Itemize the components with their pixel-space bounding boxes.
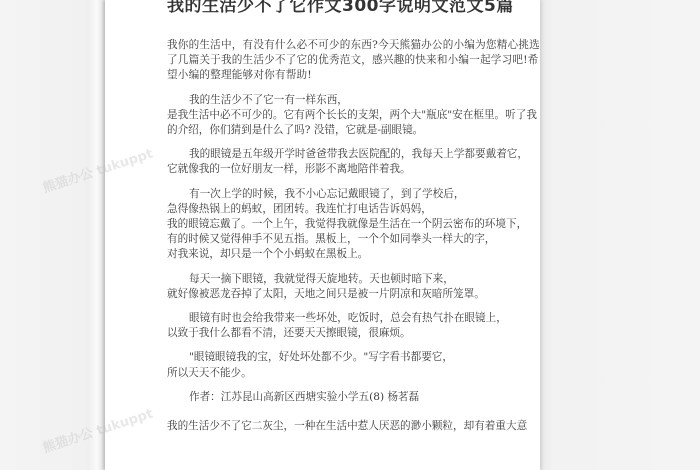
document-title: 我的生活少不了它作文300字说明文范文5篇: [167, 0, 514, 16]
paragraph-line: 急得像热锅上的蚂蚁，团团转。我连忙打电话告诉妈妈，: [167, 202, 540, 217]
essay-paragraph: "眼镜眼镜我的宝，好处坏处都不少。"写字看书都要它， 所以天天不能少。: [167, 350, 540, 380]
paragraph-line: 我的生活少不了它一有一样东西，: [167, 93, 540, 108]
paragraph-line: 它就像我的一位好朋友一样，形影不离地陪伴着我。: [167, 162, 540, 177]
background-right: [540, 0, 700, 470]
intro-line: 望小编的整理能够对你有帮助!: [167, 68, 540, 83]
paragraph-line: 有的时候又觉得伸手不见五指。黑板上，一个个如同拳头一样大的字，: [167, 232, 540, 247]
intro-paragraph: 我你的生活中，有没有什么必不可少的东西?今天熊猫办公的小编为您精心挑选 了几篇关…: [167, 38, 540, 84]
paragraph-line: 就好像被恶龙吞掉了太阳，天地之间只是被一片阴凉和灰暗所笼罩。: [167, 287, 540, 302]
paragraph-line: 是我生活中必不可少的。它有两个长长的支架，两个大"瓶底"安在框里。听了我: [167, 108, 540, 123]
essay-paragraph: 有一次上学的时候，我不小心忘记戴眼镜了，到了学校后， 急得像热锅上的蚂蚁，团团转…: [167, 187, 540, 263]
intro-line: 我你的生活中，有没有什么必不可少的东西?今天熊猫办公的小编为您精心挑选: [167, 38, 540, 53]
essay-paragraph: 我的生活少不了它一有一样东西， 是我生活中必不可少的。它有两个长长的支架，两个大…: [167, 93, 540, 139]
intro-line: 了几篇关于我的生活少不了它的优秀范文，感兴趣的快来和小编一起学习吧!希: [167, 53, 540, 68]
paragraph-line: 我的眼镜忘戴了。一个上午，我觉得我就像是生活在一个阴云密布的环境下，: [167, 217, 540, 232]
essay-paragraph: 眼镜有时也会给我带来一些坏处，吃饭时，总会有热气扑在眼镜上， 以致于我什么都看不…: [167, 311, 540, 341]
paragraph-line: 我的眼镜是五年级开学时爸爸带我去医院配的，我每天上学都要戴着它，: [167, 147, 540, 162]
essay-paragraph: 我的眼镜是五年级开学时爸爸带我去医院配的，我每天上学都要戴着它， 它就像我的一位…: [167, 147, 540, 177]
document-body: 我你的生活中，有没有什么必不可少的东西?今天熊猫办公的小编为您精心挑选 了几篇关…: [167, 38, 540, 443]
essay-paragraph: 每天一摘下眼镜，我就觉得天旋地转。天也顿时暗下来， 就好像被恶龙吞掉了太阳，天地…: [167, 272, 540, 302]
paragraph-line: 所以天天不能少。: [167, 366, 540, 381]
paragraph-line: "眼镜眼镜我的宝，好处坏处都不少。"写字看书都要它，: [167, 350, 540, 365]
page-edge-shadow: [88, 0, 105, 470]
paragraph-line: 以致于我什么都看不清，还要天天擦眼镜，很麻烦。: [167, 326, 540, 341]
paragraph-line: 眼镜有时也会给我带来一些坏处，吃饭时，总会有热气扑在眼镜上，: [167, 311, 540, 326]
paragraph-line: 对我来说，却只是一个个小蚂蚁在黑板上。: [167, 247, 540, 262]
paragraph-line: 我的生活少不了它二灰尘，一种在生活中惹人厌恶的渺小颗粒，却有着重大意: [167, 419, 540, 434]
paragraph-line: 的介绍，你们猜到是什么了吗? 没错，它就是-副眼镜。: [167, 123, 540, 138]
paragraph-line: 有一次上学的时候，我不小心忘记戴眼镜了，到了学校后，: [167, 187, 540, 202]
paragraph-line: 每天一摘下眼镜，我就觉得天旋地转。天也顿时暗下来，: [167, 272, 540, 287]
next-essay-paragraph: 我的生活少不了它二灰尘，一种在生活中惹人厌恶的渺小颗粒，却有着重大意: [167, 419, 540, 434]
document-page: 我的生活少不了它作文300字说明文范文5篇 我你的生活中，有没有什么必不可少的东…: [105, 0, 540, 470]
author-credit: 作者：江苏昆山高新区西塘实验小学五(8) 杨茗磊: [167, 390, 540, 405]
